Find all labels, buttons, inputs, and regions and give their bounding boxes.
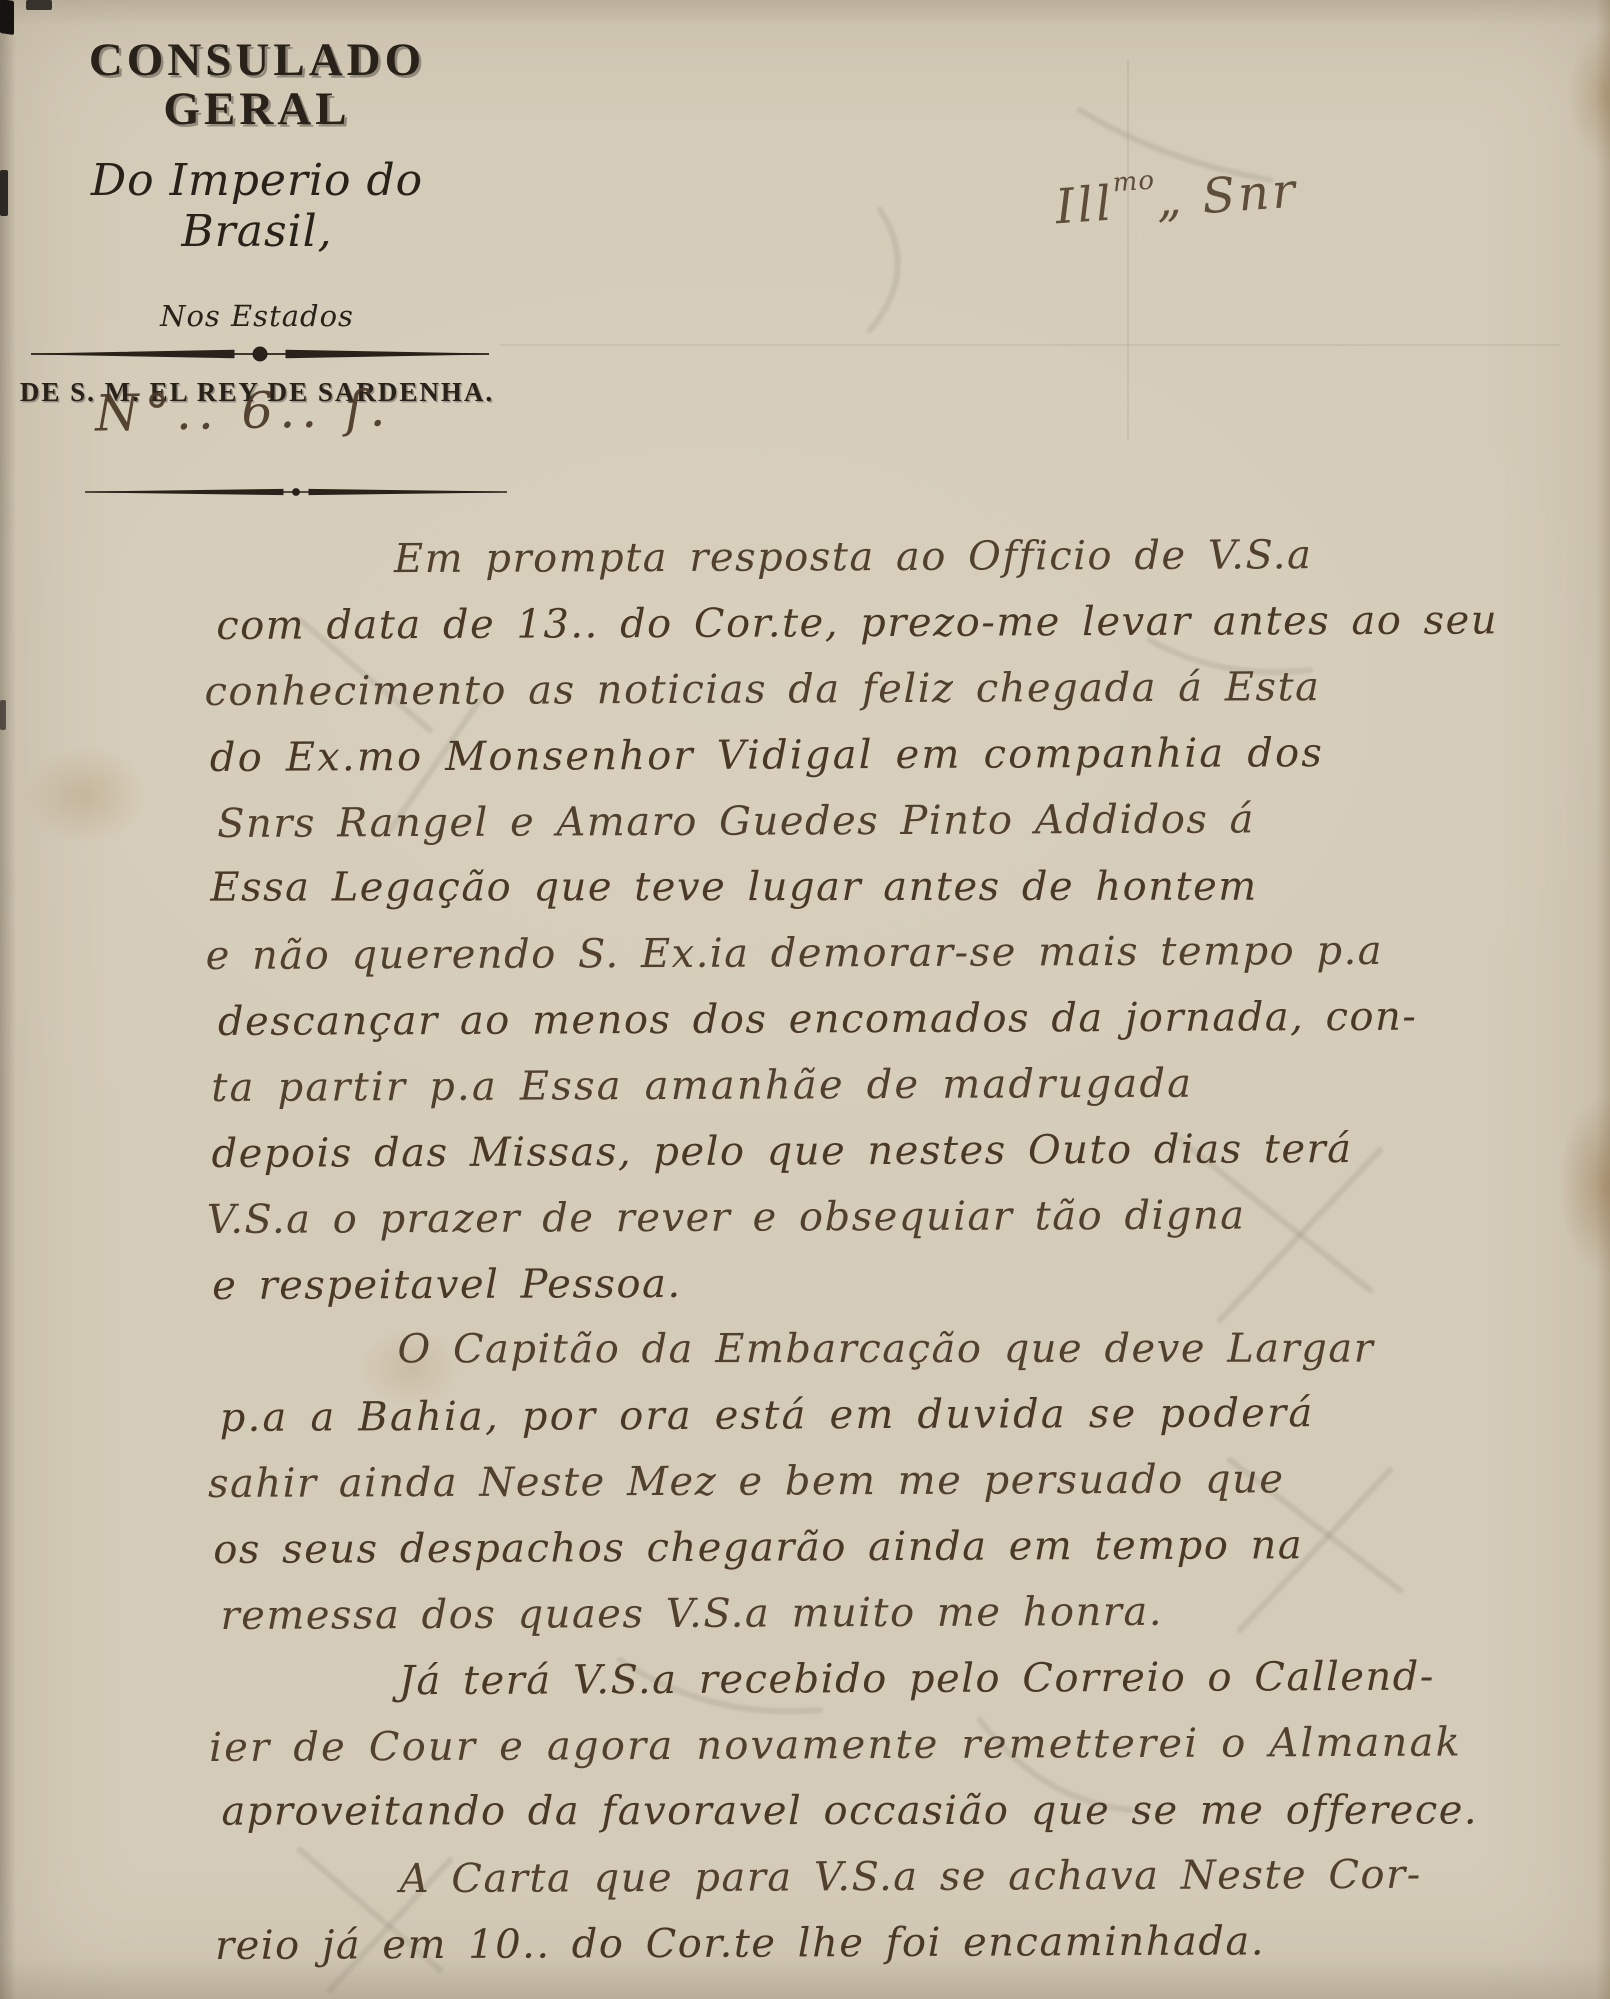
handwritten-line: ta partir p.a Essa amanhãe de madrugada [211, 1049, 1579, 1121]
handwritten-line: Essa Legação que teve lugar antes de hon… [210, 853, 1578, 920]
handwritten-line: reio já em 10.. do Cor.te lhe foi encami… [215, 1907, 1583, 1979]
handwritten-line: Snrs Rangel e Amaro Guedes Pinto Addidos… [217, 785, 1578, 857]
letterhead-subtitle: Do Imperio do Brasil, [18, 155, 496, 257]
handwritten-line: descançar ao menos dos encomados da jorn… [218, 983, 1579, 1055]
document-number: N°.. 6.. ſ. [95, 379, 392, 442]
letterhead-title: CONSULADO GERAL [18, 36, 496, 135]
salutation-base: Ill [1054, 175, 1116, 235]
handwritten-line: os seus despachos chegarão ainda em temp… [213, 1511, 1581, 1583]
handwritten-line: Em prompta resposta ao Officio de V.S.a [209, 521, 1577, 593]
horizontal-crease [500, 344, 1560, 346]
page-edge-mark [0, 170, 8, 216]
divider-ornament [28, 346, 492, 362]
handwritten-line: ier de Cour e agora novamente remetterei… [209, 1709, 1582, 1781]
letterhead-line3: Nos Estados [18, 299, 496, 333]
handwritten-line: Já terá V.S.a recebido pelo Correio o Ca… [214, 1643, 1582, 1715]
page-edge-mark [0, 0, 14, 35]
salutation-rest: „ Snr [1154, 163, 1299, 229]
handwritten-line: depois das Missas, pelo que nestes Outo … [211, 1115, 1579, 1187]
handwritten-line: aproveitando da favoravel occasião que s… [221, 1777, 1582, 1844]
letter-page: CONSULADO GERAL Do Imperio do Brasil, No… [0, 0, 1610, 1999]
handwritten-line: remessa dos quaes V.S.a muito me honra. [220, 1577, 1581, 1649]
handwritten-line: A Carta que para V.S.a se achava Neste C… [215, 1841, 1583, 1913]
letter-body: Em prompta resposta ao Officio de V.S.a … [209, 521, 1583, 1979]
handwritten-line: O Capitão da Embarcação que deve Largar [212, 1315, 1580, 1382]
salutation: Illmo„ Snr [1053, 156, 1300, 236]
handwritten-line: V.S.a o prazer de rever e obsequiar tão … [207, 1181, 1580, 1253]
salutation-superscript: mo [1112, 166, 1156, 199]
handwritten-line: e respeitavel Pessoa. [212, 1247, 1580, 1319]
page-edge-mark [0, 700, 6, 730]
handwritten-line: p.a a Bahia, por ora está em duvida se p… [220, 1379, 1581, 1451]
handwritten-line: do Ex.mo Monsenhor Vidigal em companhia … [210, 719, 1578, 791]
handwritten-line: conhecimento as noticias da feliz chegad… [204, 653, 1577, 725]
vertical-crease [1127, 60, 1129, 440]
handwritten-line: com data de 13.. do Cor.te, prezo-me lev… [216, 587, 1577, 659]
divider-ornament [83, 486, 509, 498]
handwritten-line: sahir ainda Neste Mez e bem me persuado … [208, 1445, 1581, 1517]
page-edge-mark [26, 0, 52, 10]
handwritten-line: e não querendo S. Ex.ia demorar-se mais … [206, 917, 1579, 989]
